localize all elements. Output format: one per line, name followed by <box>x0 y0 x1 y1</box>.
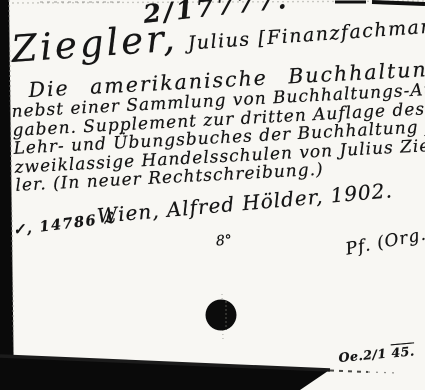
title-statement: Die amerikanische Buchhaltung nebst eine… <box>10 58 425 195</box>
bottom-date-note-overlined: 45. <box>391 343 415 360</box>
catalog-card-scan: 2/17777. Ziegler,Julius [Finanzfachmann]… <box>0 0 425 390</box>
card-bottom-edge-fade <box>368 372 398 373</box>
card-bottom-edge-dotted <box>330 371 368 373</box>
format-octavo: 8° <box>215 232 232 249</box>
punch-hole <box>206 300 237 331</box>
